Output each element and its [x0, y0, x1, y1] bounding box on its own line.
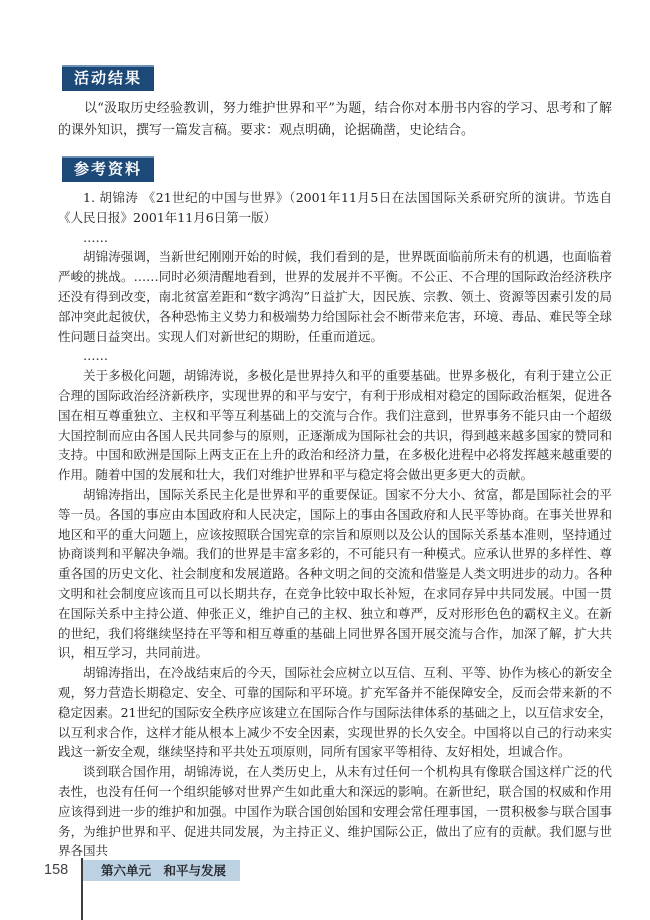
page-number: 158 [44, 862, 78, 878]
activity-results-heading: 活动结果 [62, 65, 154, 91]
reference-paragraph: 胡锦涛指出，在冷战结束后的今天，国际社会应树立以互信、互利、平等、协作为核心的新… [58, 663, 612, 762]
reference-paragraph: 关于多极化问题，胡锦涛说，多极化是世界持久和平的重要基础。世界多极化，有利于建立… [58, 366, 612, 485]
reference-paragraph: 谈到联合国作用，胡锦涛说，在人类历史上，从未有过任何一个机构具有像联合国这样广泛… [58, 762, 612, 861]
textbook-page: 活动结果 以“汲取历史经验教训，努力维护世界和平”为题，结合你对本册书内容的学习… [0, 0, 650, 920]
reference-paragraph: …… [58, 228, 612, 248]
page-content: 活动结果 以“汲取历史经验教训，努力维护世界和平”为题，结合你对本册书内容的学习… [58, 0, 612, 861]
reference-materials-heading-label: 参考资料 [74, 161, 142, 178]
activity-results-heading-label: 活动结果 [74, 70, 142, 87]
reference-paragraphs: 1. 胡锦涛 《21世纪的中国与世界》（2001年11月5日在法国国际关系研究所… [58, 188, 612, 861]
activity-instructions-text: 以“汲取历史经验教训，努力维护世界和平”为题，结合你对本册书内容的学习、思考和了… [58, 98, 612, 142]
page-footer: 158 第六单元 和平与发展 [0, 856, 650, 920]
reference-paragraph: …… [58, 346, 612, 366]
reference-paragraph: 1. 胡锦涛 《21世纪的中国与世界》（2001年11月5日在法国国际关系研究所… [58, 188, 612, 228]
reference-materials-heading: 参考资料 [62, 156, 154, 182]
reference-paragraph: 胡锦涛指出，国际关系民主化是世界和平的重要保证。国家不分大小、贫富，都是国际社会… [58, 485, 612, 663]
reference-paragraph: 胡锦涛强调，当新世纪刚刚开始的时候，我们看到的是，世界既面临前所未有的机遇，也面… [58, 247, 612, 346]
unit-banner: 第六单元 和平与发展 [83, 860, 240, 881]
